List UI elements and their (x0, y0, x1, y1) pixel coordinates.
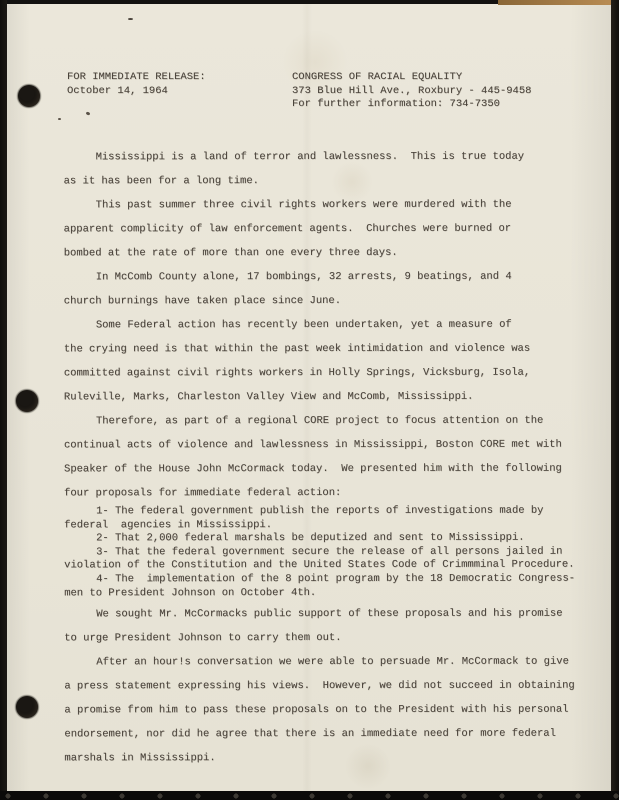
typed-line: bombed at the rate of more than one ever… (64, 241, 596, 266)
scan-edge-left (0, 0, 7, 800)
proposal-line: 4- The implementation of the 8 point pro… (64, 573, 596, 587)
typed-line: This past summer three civil rights work… (64, 193, 596, 218)
ink-speck (58, 118, 61, 120)
opening-paragraphs: Mississippi is a land of terror and lawl… (64, 145, 597, 506)
release-label: FOR IMMEDIATE RELEASE: (67, 71, 206, 85)
typed-line: four proposals for immediate federal act… (64, 481, 596, 506)
typed-line: In McComb County alone, 17 bombings, 32 … (64, 265, 596, 290)
typed-line: church burnings have taken place since J… (64, 289, 596, 314)
org-contact: For further information: 734-7350 (292, 98, 531, 112)
proposal-line: men to President Johnson on October 4th. (64, 586, 596, 600)
typed-line: a press statement expressing his views. … (64, 674, 596, 699)
typed-line: marshals in Mississippi. (64, 746, 596, 771)
org-address: 373 Blue Hill Ave., Roxbury - 445-9458 (292, 85, 531, 99)
body-text: Mississippi is a land of terror and lawl… (64, 145, 597, 771)
typed-line: Therefore, as part of a regional CORE pr… (64, 409, 596, 434)
proposal-line: violation of the Constitution and the Un… (64, 559, 596, 573)
scan-edge-top-tan (498, 0, 619, 5)
org-letterhead: CONGRESS OF RACIAL EQUALITY 373 Blue Hil… (292, 71, 531, 112)
proposals-list: 1- The federal government publish the re… (64, 505, 596, 601)
scan-edge-right (611, 0, 619, 800)
proposal-line: 3- That the federal government secure th… (64, 545, 596, 559)
typed-line: as it has been for a long time. (64, 169, 596, 194)
typed-line: endorsement, nor did he agree that there… (64, 722, 596, 747)
film-strip-bottom (0, 791, 619, 800)
header-release-info: FOR IMMEDIATE RELEASE: October 14, 1964 (67, 71, 206, 98)
typed-line: apparent complicity of law enforcement a… (64, 217, 596, 242)
typed-line: Ruleville, Marks, Charleston Valley View… (64, 385, 596, 410)
org-name: CONGRESS OF RACIAL EQUALITY (292, 71, 531, 85)
closing-paragraphs: We sought Mr. McCormacks public support … (64, 602, 596, 771)
ink-speck (128, 18, 133, 20)
release-date: October 14, 1964 (67, 85, 206, 99)
typed-line: We sought Mr. McCormacks public support … (64, 602, 596, 627)
proposal-line: 2- That 2,000 federal marshals be deputi… (64, 532, 596, 546)
typed-line: Some Federal action has recently been un… (64, 313, 596, 338)
typed-line: to urge President Johnson to carry them … (64, 626, 596, 651)
typed-line: continual acts of violence and lawlessne… (64, 433, 596, 458)
proposal-line: 1- The federal government publish the re… (64, 505, 596, 519)
hole-punch (18, 85, 40, 107)
typed-line: the crying need is that within the past … (64, 337, 596, 362)
ink-speck (86, 111, 91, 115)
proposal-line: federal agencies in Mississippi. (64, 518, 596, 532)
typed-line: committed against civil rights workers i… (64, 361, 596, 386)
hole-punch (16, 696, 38, 718)
typed-line: a promise from him to pass these proposa… (64, 698, 596, 723)
hole-punch (16, 390, 38, 412)
typed-line: Mississippi is a land of terror and lawl… (64, 145, 596, 170)
typed-line: Speaker of the House John McCormack toda… (64, 457, 596, 482)
press-release-page: FOR IMMEDIATE RELEASE: October 14, 1964 … (0, 0, 619, 800)
typed-line: After an hour!s conversation we were abl… (64, 650, 596, 675)
